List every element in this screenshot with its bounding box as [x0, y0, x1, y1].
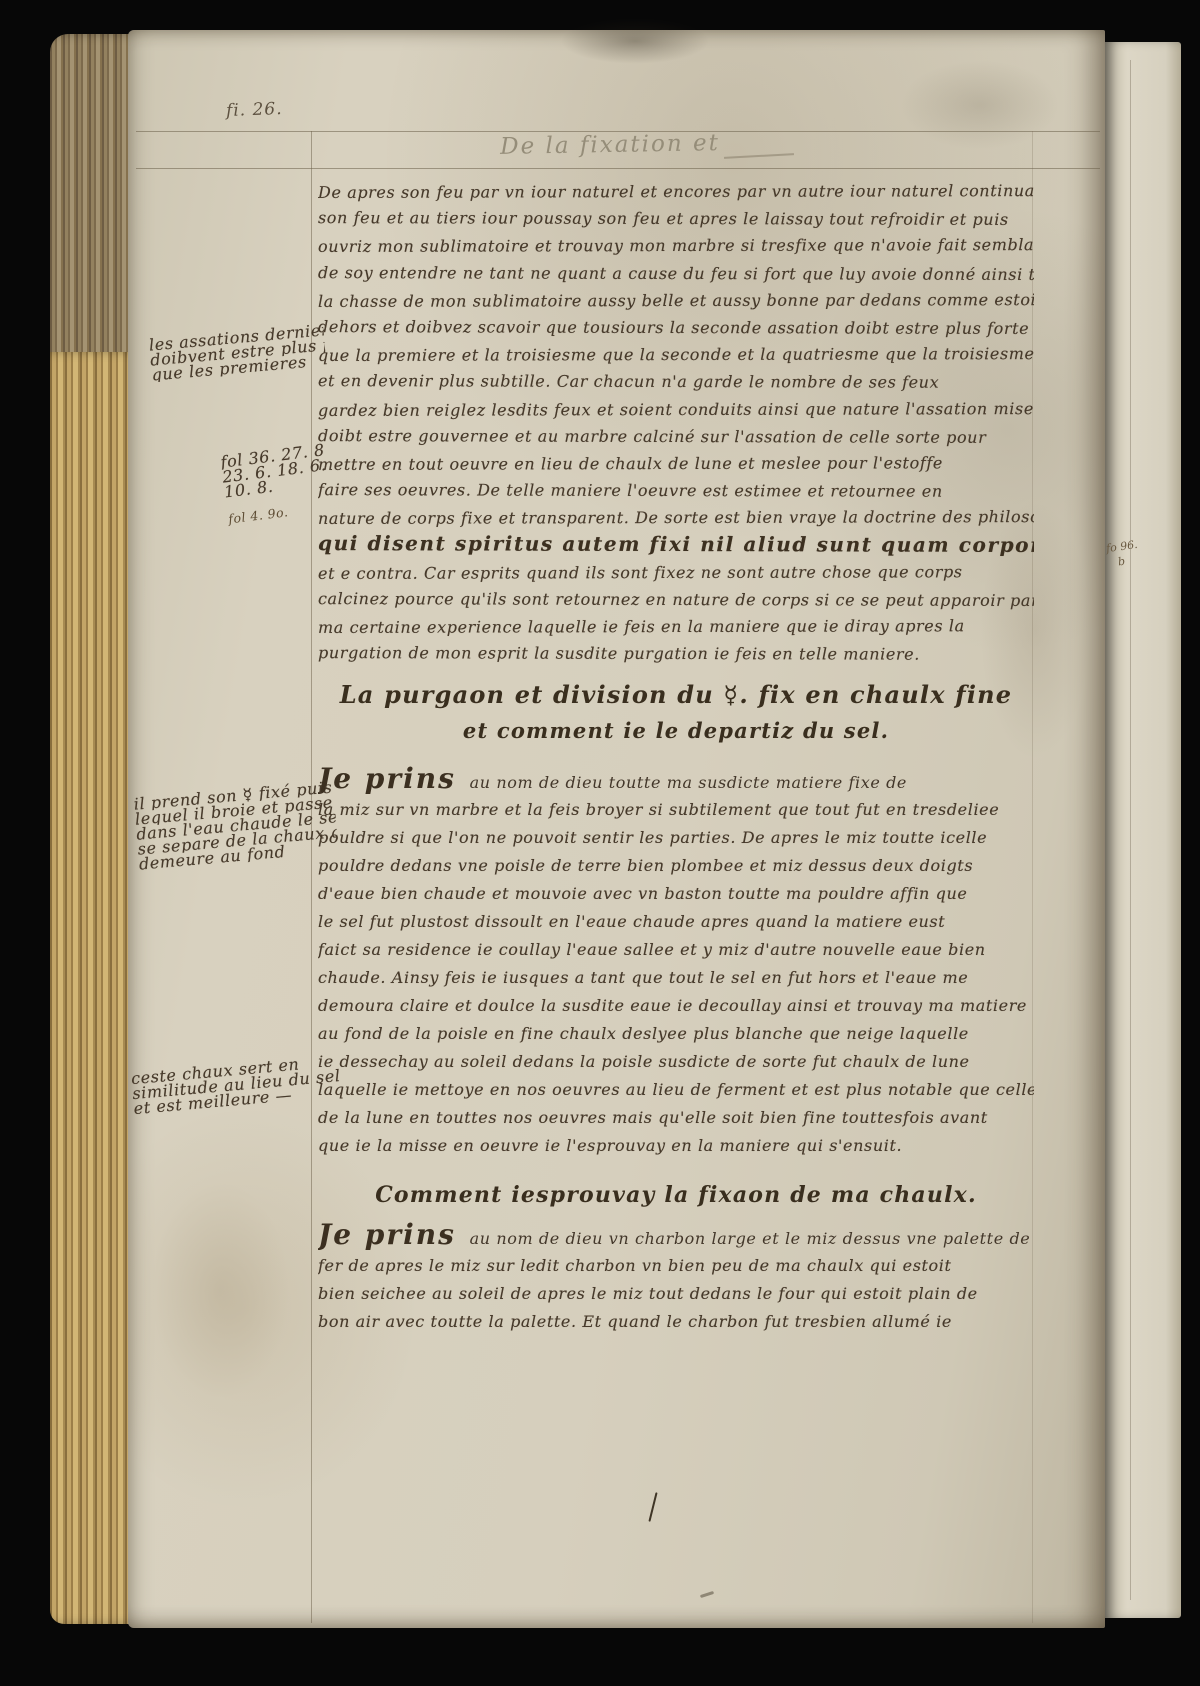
manuscript-line: purgation de mon esprit la susdite purga…	[318, 639, 1034, 668]
manuscript-line: qui disent spiritus autem fixi nil aliud…	[318, 531, 1034, 560]
manuscript-line: demoura claire et doulce la susdite eaue…	[318, 992, 1034, 1020]
paragraph-initial: Je prins	[318, 762, 456, 795]
manuscript-line: doibt estre gouvernee et au marbre calci…	[318, 422, 1034, 451]
manuscript-line: faire ses oeuvres. De telle maniere l'oe…	[318, 476, 1034, 505]
text-block-1: De apres son feu par vn iour naturel et …	[318, 178, 1034, 672]
manuscript-line: la miz sur vn marbre et la feis broyer s…	[318, 796, 1034, 824]
manuscript-line: de la lune en touttes nos oeuvres mais q…	[318, 1104, 1034, 1132]
manuscript-line: que ie la misse en oeuvre ie l'esprouvay…	[318, 1132, 1034, 1160]
next-page-sliver	[1105, 42, 1181, 1618]
manuscript-line: fer de apres le miz sur ledit charbon vn…	[318, 1252, 1034, 1280]
manuscript-line: calcinez pource qu'ils sont retournez en…	[318, 585, 1034, 614]
manuscript-line: mettre en tout oeuvre en lieu de chaulx …	[318, 449, 1034, 478]
manuscript-line: d'eaue bien chaude et mouvoie avec vn ba…	[318, 880, 1034, 908]
paragraph-opening-text: au nom de dieu vn charbon large et le mi…	[470, 1229, 1031, 1248]
paragraph-opening-line: Je prins au nom de dieu toutte ma susdic…	[318, 762, 1034, 796]
manuscript-line: ouvriz mon sublimatoire et trouvay mon m…	[318, 231, 1034, 260]
manuscript-line: bien seichee au soleil de apres le miz t…	[318, 1280, 1034, 1308]
next-page-rule	[1130, 60, 1131, 1600]
manuscript-line: gardez bien reiglez lesdits feux et soie…	[318, 395, 1034, 424]
section-heading-2: Comment iesprouvay la fixaon de ma chaul…	[318, 1182, 1034, 1208]
manuscript-line: son feu et au tiers iour poussay son feu…	[318, 204, 1034, 233]
manuscript-line: et e contra. Car esprits quand ils sont …	[318, 558, 1034, 587]
manuscript-line: ie dessechay au soleil dedans la poisle …	[318, 1048, 1034, 1076]
manuscript-line: de soy entendre ne tant ne quant a cause…	[318, 259, 1034, 288]
manuscript-line: que la premiere et la troisiesme que la …	[318, 340, 1034, 369]
paragraph-initial: Je prins	[318, 1218, 456, 1251]
manuscript-line: le sel fut plustost dissoult en l'eaue c…	[318, 908, 1034, 936]
section-heading-1-line1: La purgaon et division du ☿. fix en chau…	[318, 680, 1034, 709]
manuscript-line: ma certaine experience laquelle ie feis …	[318, 612, 1034, 641]
text-block-2-lines: la miz sur vn marbre et la feis broyer s…	[318, 796, 1034, 1160]
folio-number: fi. 26.	[226, 99, 283, 121]
frame-rule-title	[136, 168, 1100, 169]
manuscript-line: pouldre dedans vne poisle de terre bien …	[318, 852, 1034, 880]
manuscript-line: la chasse de mon sublimatoire aussy bell…	[318, 286, 1034, 315]
manuscript-line: au fond de la poisle en fine chaulx desl…	[318, 1020, 1034, 1048]
text-block-2: Je prins au nom de dieu toutte ma susdic…	[318, 762, 1034, 1166]
manuscript-line: laquelle ie mettoye en nos oeuvres au li…	[318, 1076, 1034, 1104]
manuscript-line: pouldre si que l'on ne pouvoit sentir le…	[318, 824, 1034, 852]
section-heading-1-line2: et comment ie le departiz du sel.	[318, 718, 1034, 743]
manuscript-line: dehors et doibvez scavoir que tousiours …	[318, 313, 1034, 342]
manuscript-line: nature de corps fixe et transparent. De …	[318, 503, 1034, 532]
manuscript-line: chaude. Ainsy feis ie iusques a tant que…	[318, 964, 1034, 992]
paragraph-opening-line: Je prins au nom de dieu vn charbon large…	[318, 1218, 1034, 1252]
paragraph-opening-text: au nom de dieu toutte ma susdicte matier…	[470, 773, 907, 792]
text-block-3-lines: fer de apres le miz sur ledit charbon vn…	[318, 1252, 1034, 1336]
manuscript-line: et en devenir plus subtille. Car chacun …	[318, 367, 1034, 396]
manuscript-photograph: fi. 26. De la fixation et De apres son f…	[0, 0, 1200, 1686]
manuscript-line: De apres son feu par vn iour naturel et …	[318, 178, 1034, 206]
manuscript-line: faict sa residence ie coullay l'eaue sal…	[318, 936, 1034, 964]
manuscript-line: bon air avec toutte la palette. Et quand…	[318, 1308, 1034, 1336]
text-block-3: Je prins au nom de dieu vn charbon large…	[318, 1218, 1034, 1348]
